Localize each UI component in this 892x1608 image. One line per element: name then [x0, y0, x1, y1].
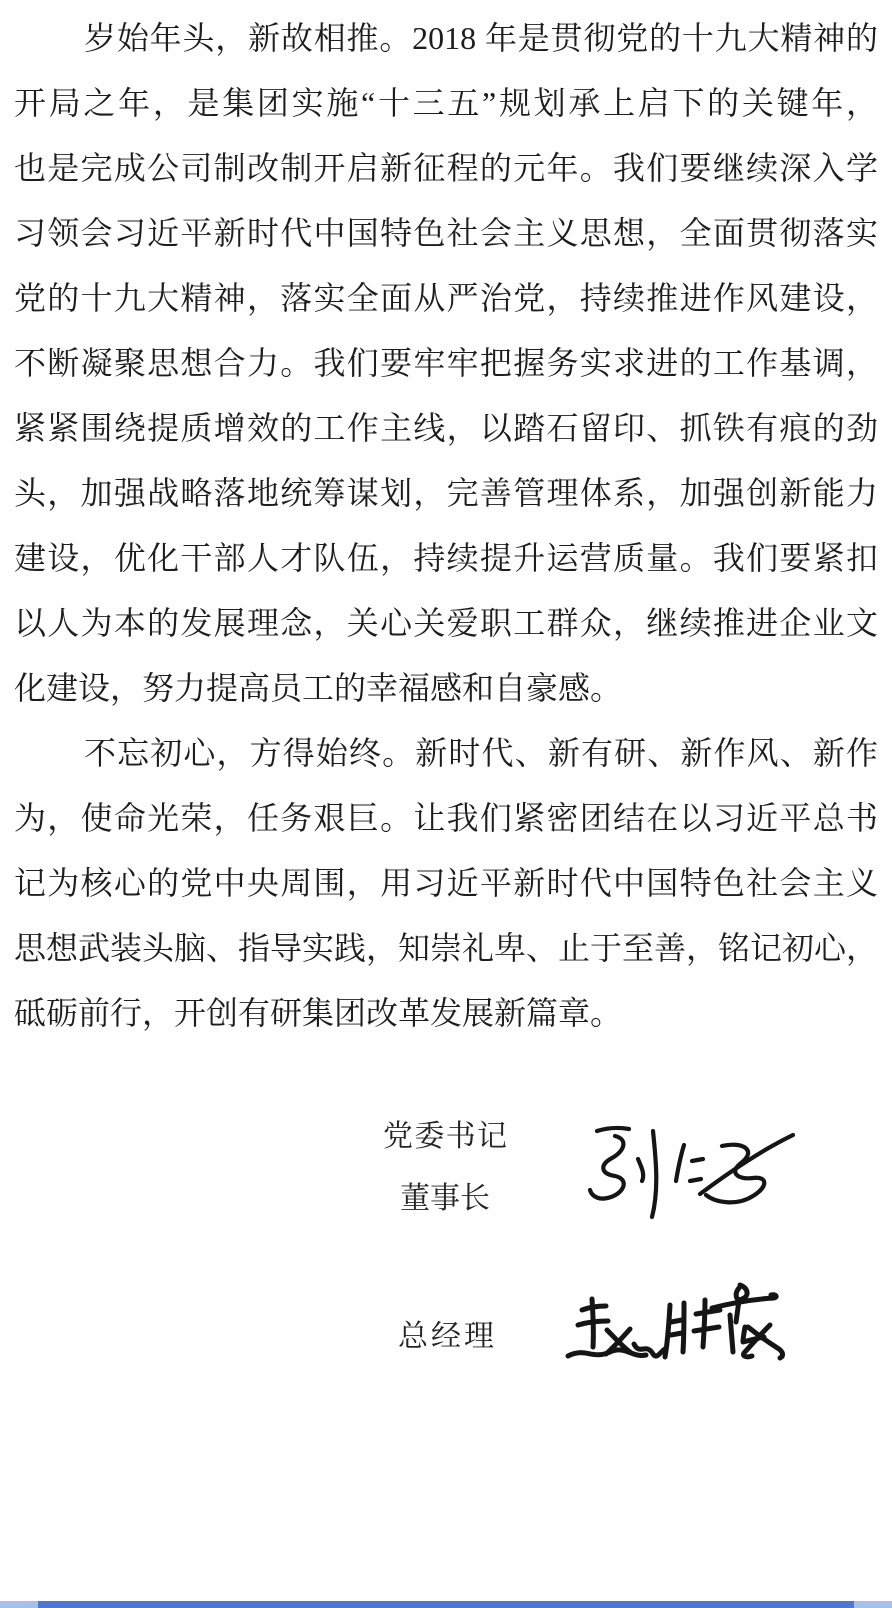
text-line: 也是完成公司制改制开启新征程的元年。我们要继续深入学	[14, 136, 878, 201]
text-line: 化建设，努力提高员工的幸福感和自豪感。	[14, 656, 878, 721]
signer-title-party-secretary: 党委书记	[383, 1118, 507, 1156]
paragraph-2: 不忘初心，方得始终。新时代、新有研、新作风、新作为，使命光荣，任务艰巨。让我们紧…	[14, 721, 878, 1046]
text-line: 党的十九大精神，落实全面从严治党，持续推进作风建设，	[14, 266, 878, 331]
signature-block-chairman: 党委书记 董事长	[383, 1118, 507, 1218]
letter-body: 岁始年头，新故相推。2018 年是贯彻党的十九大精神的开局之年，是集团实施“十三…	[14, 6, 878, 1046]
text-line: 紧紧围绕提质增效的工作主线，以踏石留印、抓铁有痕的劲	[14, 396, 878, 461]
text-line: 头，加强战略落地统筹谋划，完善管理体系，加强创新能力	[14, 461, 878, 526]
signer-title-general-manager: 总经理	[398, 1318, 494, 1356]
text-line: 开局之年，是集团实施“十三五”规划承上启下的关键年，	[14, 71, 878, 136]
text-line: 岁始年头，新故相推。2018 年是贯彻党的十九大精神的	[14, 6, 878, 71]
text-line: 以人为本的发展理念，关心关爱职工群众，继续推进企业文	[14, 591, 878, 656]
horizontal-scrollbar-thumb[interactable]	[38, 1601, 854, 1608]
signer-title-chairman: 董事长	[383, 1180, 507, 1218]
handwritten-signature-1	[575, 1120, 805, 1225]
paragraph-1: 岁始年头，新故相推。2018 年是贯彻党的十九大精神的开局之年，是集团实施“十三…	[14, 6, 878, 721]
signature-block-general-manager: 总经理	[398, 1318, 494, 1356]
handwritten-signature-2	[560, 1280, 795, 1370]
document-page: 岁始年头，新故相推。2018 年是贯彻党的十九大精神的开局之年，是集团实施“十三…	[0, 0, 892, 1608]
text-line: 不断凝聚思想合力。我们要牢牢把握务实求进的工作基调，	[14, 331, 878, 396]
text-line: 不忘初心，方得始终。新时代、新有研、新作风、新作	[14, 721, 878, 786]
horizontal-scrollbar[interactable]	[0, 1601, 892, 1608]
text-line: 记为核心的党中央周围，用习近平新时代中国特色社会主义	[14, 851, 878, 916]
text-line: 思想武装头脑、指导实践，知崇礼卑、止于至善，铭记初心，	[14, 916, 878, 981]
text-line: 习领会习近平新时代中国特色社会主义思想，全面贯彻落实	[14, 201, 878, 266]
text-line: 为，使命光荣，任务艰巨。让我们紧密团结在以习近平总书	[14, 786, 878, 851]
text-line: 砥砺前行，开创有研集团改革发展新篇章。	[14, 981, 878, 1046]
text-line: 建设，优化干部人才队伍，持续提升运营质量。我们要紧扣	[14, 526, 878, 591]
